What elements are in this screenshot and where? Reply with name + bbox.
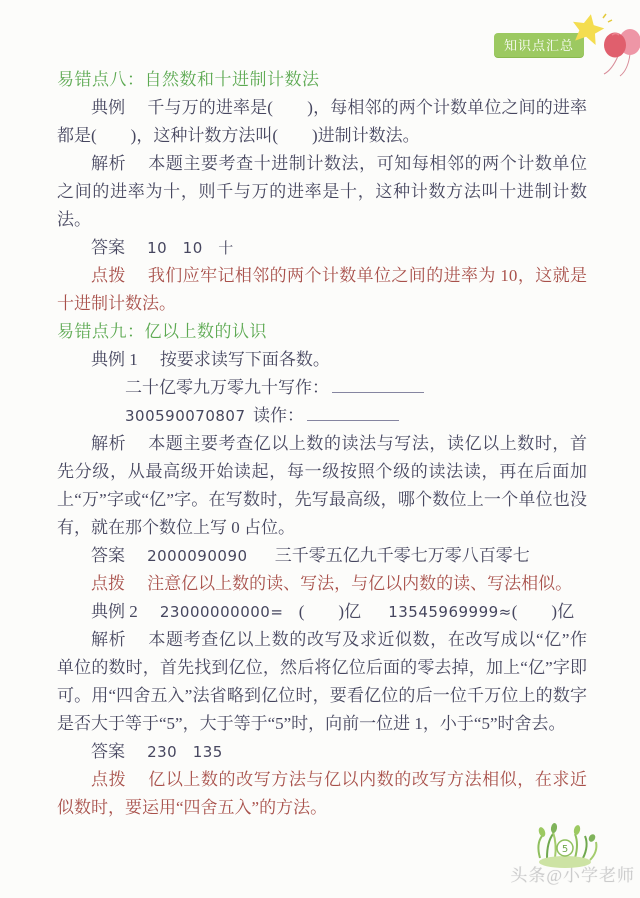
page-number: 5 — [562, 844, 568, 855]
tip-label: 点拨 — [91, 266, 126, 285]
tip1-label: 点拨 — [91, 574, 125, 593]
number-in-words: 二十亿零九万零九十 — [91, 374, 278, 402]
tip2-text: 亿以上数的改写方法与亿以内数的改写方法相似，在求近似数时，要运用“四舍五入”的方… — [57, 770, 587, 817]
section8-example: 典例千与万的进率是( )，每相邻的两个计数单位之间的进率都是( )，这种计数方法… — [57, 94, 587, 150]
write-answer-blank — [332, 377, 424, 393]
analysis-label: 解析 — [91, 154, 126, 173]
read-field-label: 读作： — [253, 406, 304, 425]
section9-tip1: 点拨注意亿以上数的读、写法，与亿以内数的读、写法相似。 — [57, 570, 587, 598]
answer-value: 10 10 十 — [147, 239, 234, 257]
answer1-words: 三千零五亿九千零七万零八百零七 — [275, 546, 530, 565]
example2-label: 典例 2 — [91, 602, 138, 621]
section8-answer: 答案10 10 十 — [57, 234, 587, 262]
tip2-label: 点拨 — [91, 770, 126, 789]
analysis1-text: 本题主要考查亿以上数的读法与写法，读亿以上数时，首先分级，从最高级开始读起，每一… — [57, 434, 587, 537]
write-line: 二十亿零九万零九十写作： — [57, 374, 587, 402]
answer1-label: 答案 — [91, 546, 125, 565]
example2-unit1: ( )亿 — [299, 602, 361, 621]
read-answer-blank — [307, 405, 399, 421]
answer2-value: 230 135 — [147, 743, 223, 761]
answer-label: 答案 — [91, 238, 125, 257]
example2-expr1: 23000000000= — [160, 603, 284, 621]
grass-decoration-icon: 5 — [520, 818, 610, 870]
section9-example1: 典例 1按要求读写下面各数。 — [57, 346, 587, 374]
answer2-label: 答案 — [91, 742, 125, 761]
section9-answer1: 答案2000090090三千零五亿九千零七万零八百零七 — [57, 542, 587, 570]
analysis1-label: 解析 — [91, 434, 126, 453]
answer1-number: 2000090090 — [147, 547, 247, 565]
number-in-digits: 300590070807 — [91, 402, 253, 430]
example-label: 典例 — [91, 98, 125, 117]
tip1-text: 注意亿以上数的读、写法，与亿以内数的读、写法相似。 — [147, 574, 572, 593]
section9-analysis1: 解析本题主要考查亿以上数的读法与写法，读亿以上数时，首先分级，从最高级开始读起，… — [57, 430, 587, 542]
write-field-label: 写作： — [278, 378, 329, 397]
section9-heading: 易错点九：亿以上数的认识 — [57, 318, 587, 346]
section8-tip: 点拨我们应牢记相邻的两个计数单位之间的进率为 10，这就是十进制计数法。 — [57, 262, 587, 318]
section8-heading: 易错点八：自然数和十进制计数法 — [57, 66, 587, 94]
document-body: 易错点八：自然数和十进制计数法 典例千与万的进率是( )，每相邻的两个计数单位之… — [57, 66, 587, 822]
section9-answer2: 答案230 135 — [57, 738, 587, 766]
page-footer: 头条@小学老师 5 — [470, 813, 640, 898]
analysis-text: 本题主要考查十进制计数法，可知每相邻的两个计数单位之间的进率为十，则千与万的进率… — [57, 154, 587, 229]
section9-analysis2: 解析本题考查亿以上数的改写及求近似数，在改写成以“亿”作单位的数时，首先找到亿位… — [57, 626, 587, 738]
analysis2-text: 本题考查亿以上数的改写及求近似数，在改写成以“亿”作单位的数时，首先找到亿位，然… — [57, 630, 587, 733]
example1-label: 典例 1 — [91, 350, 138, 369]
section8-analysis: 解析本题主要考查十进制计数法，可知每相邻的两个计数单位之间的进率为十，则千与万的… — [57, 150, 587, 234]
worksheet-page: 知识点汇总 易错点八：自然数和十进制计数法 典例千与万的进率是( )，每相邻的两… — [0, 0, 640, 898]
read-line: 300590070807读作： — [57, 402, 587, 430]
example2-unit2: ( )亿 — [512, 602, 574, 621]
section9-example2: 典例 223000000000=( )亿13545969999≈( )亿 — [57, 598, 587, 626]
example-text: 千与万的进率是( )，每相邻的两个计数单位之间的进率都是( )，这种计数方法叫(… — [57, 98, 587, 145]
tip-text: 我们应牢记相邻的两个计数单位之间的进率为 10，这就是十进制计数法。 — [57, 266, 587, 313]
analysis2-label: 解析 — [91, 630, 126, 649]
example1-text: 按要求读写下面各数。 — [160, 350, 330, 369]
example2-expr2: 13545969999≈ — [388, 603, 512, 621]
